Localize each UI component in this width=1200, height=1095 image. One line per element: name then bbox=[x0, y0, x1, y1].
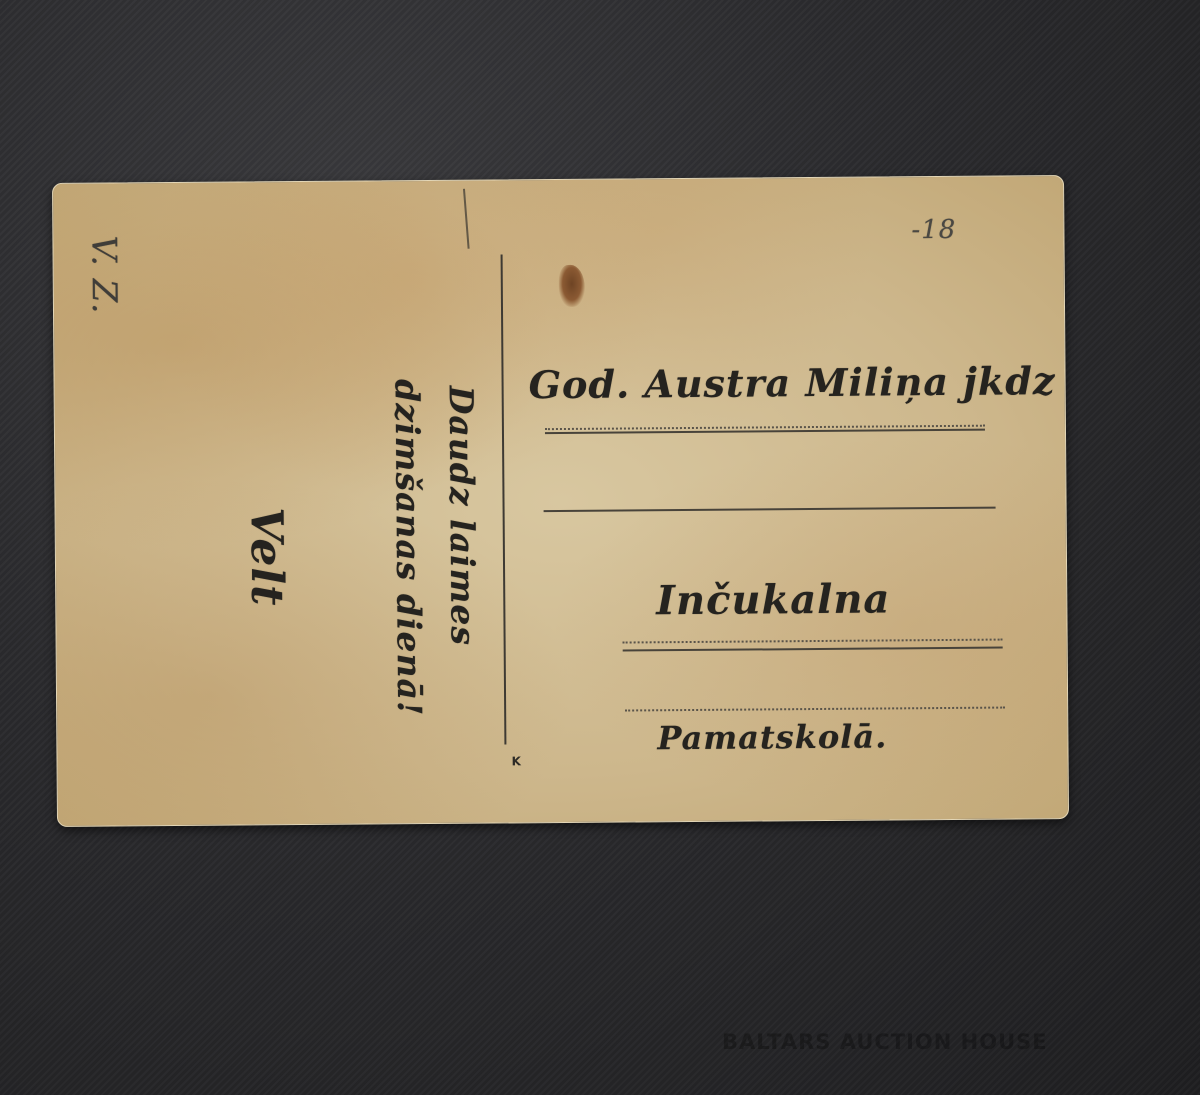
address-town: Inčukalna bbox=[656, 575, 890, 624]
address-line-4 bbox=[625, 707, 1005, 712]
message-line-1: Daudz laimes bbox=[442, 386, 483, 647]
message-address-divider bbox=[501, 254, 507, 744]
address-line-3-solid bbox=[623, 647, 1003, 652]
message-line-2: dzimšanas dienā! bbox=[388, 379, 430, 716]
pencil-note-number: -18 bbox=[911, 215, 956, 245]
postcard-back: K -18 V. Z. Daudz laimes dzimšanas dienā… bbox=[52, 175, 1069, 827]
address-recipient: God. Austra Miliņa jkdz bbox=[528, 358, 1055, 407]
ink-stain bbox=[559, 265, 585, 307]
message-signature: Velt bbox=[241, 507, 293, 607]
fold-crease bbox=[463, 189, 470, 249]
printed-k-mark: K bbox=[512, 754, 521, 768]
auction-house-watermark: BALTARS AUCTION HOUSE bbox=[722, 1030, 1048, 1054]
pencil-initials: V. Z. bbox=[83, 235, 124, 314]
address-line-2 bbox=[544, 507, 996, 513]
address-place: Pamatskolā. bbox=[657, 717, 887, 757]
address-line-3 bbox=[623, 639, 1003, 644]
